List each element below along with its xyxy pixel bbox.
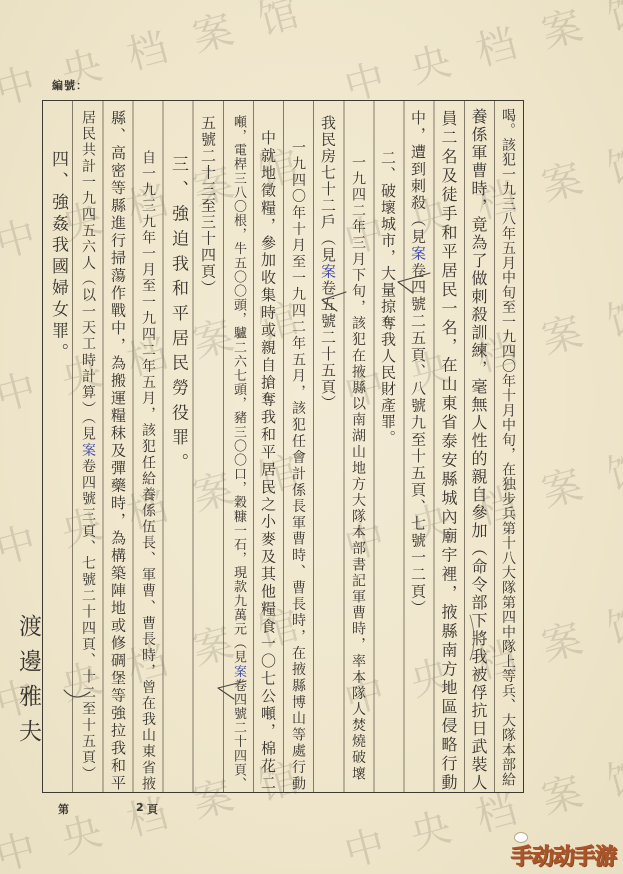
insertion-mark-icon — [64, 690, 90, 697]
page-number: 2 — [136, 801, 144, 814]
site-logo-watermark: 手动动手游 — [511, 840, 616, 871]
editing-marks — [0, 0, 623, 874]
insertion-mark-icon — [398, 273, 430, 293]
page-footer-prefix: 第 — [58, 801, 69, 817]
correction-stroke-icon — [470, 615, 474, 660]
insertion-mark-icon — [218, 681, 246, 699]
signature-name: 渡邊雅夫 — [14, 614, 42, 742]
page-footer-suffix: 頁 — [147, 801, 158, 817]
insertion-mark-icon — [322, 292, 346, 311]
